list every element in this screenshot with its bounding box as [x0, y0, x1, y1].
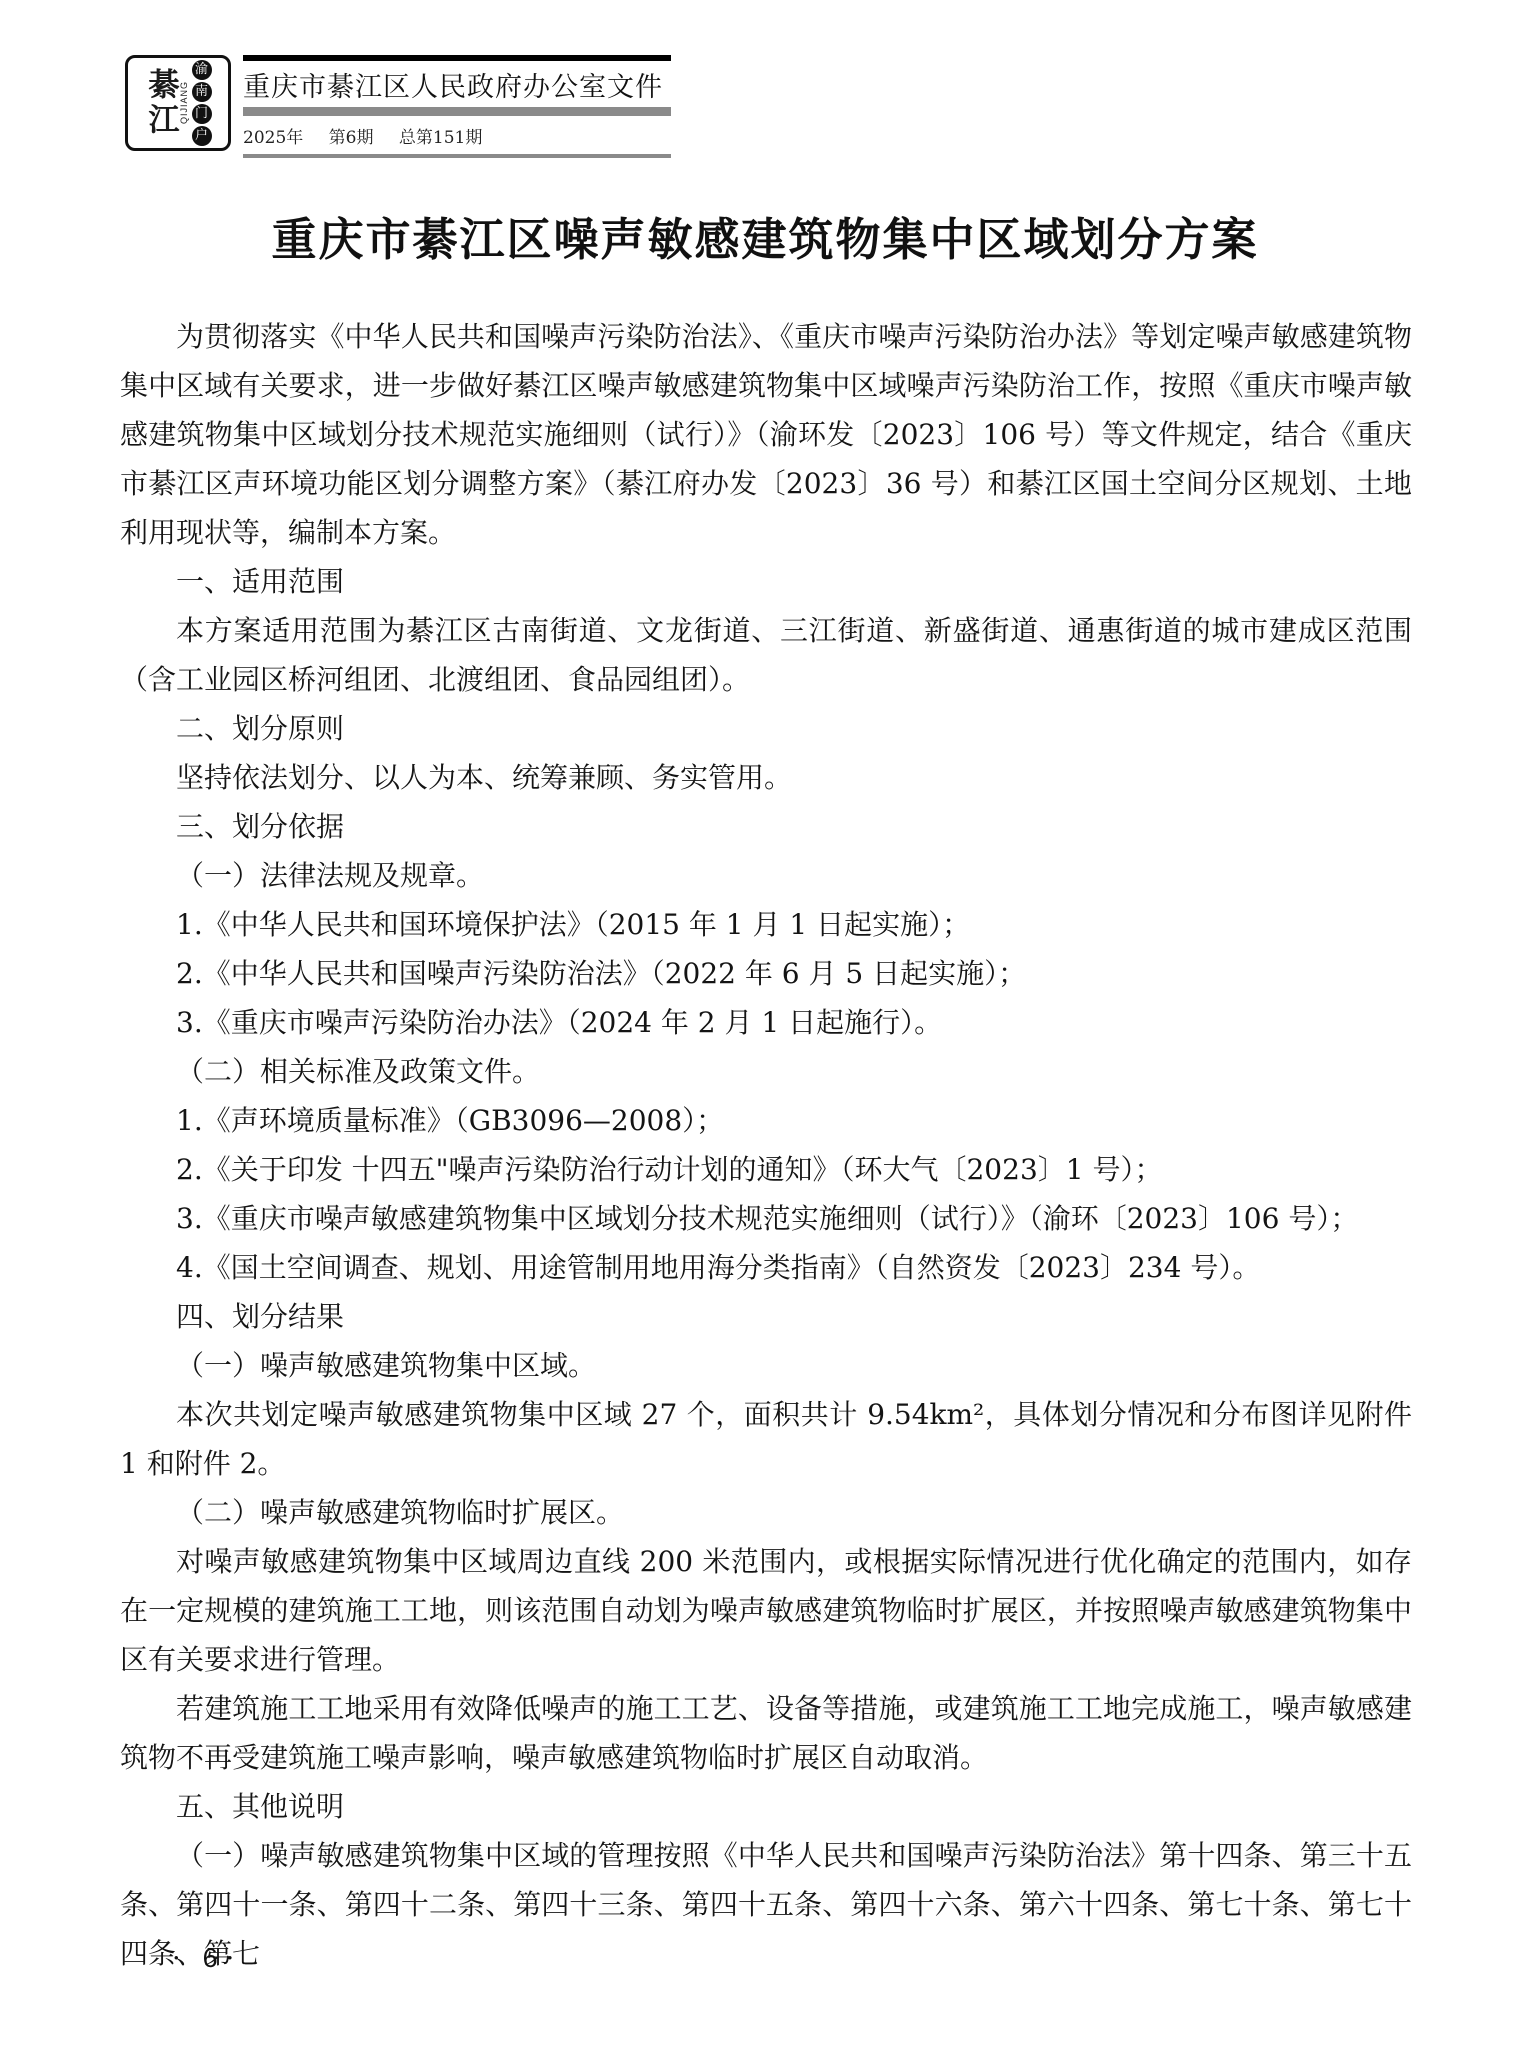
footer-right-dot: ·: [226, 1943, 235, 1974]
paragraph: 对噪声敏感建筑物集中区域周边直线 200 米范围内，或根据实际情况进行优化确定的…: [120, 1537, 1412, 1684]
paragraph: 1.《声环境质量标准》（GB3096—2008）；: [120, 1096, 1412, 1145]
paragraph: 1.《中华人民共和国环境保护法》（2015 年 1 月 1 日起实施）；: [120, 900, 1412, 949]
paragraph: 坚持依法划分、以人为本、统筹兼顾、务实管用。: [120, 753, 1412, 802]
paragraph: （一）噪声敏感建筑物集中区域。: [120, 1341, 1412, 1390]
qijiang-logo: 綦江 QIJIANG 渝南门户: [125, 55, 231, 151]
logo-seal-icon: 门: [192, 104, 212, 124]
paragraph: （二）相关标准及政策文件。: [120, 1047, 1412, 1096]
logo-seal-icon: 南: [192, 82, 212, 102]
paragraph: 为贯彻落实《中华人民共和国噪声污染防治法》、《重庆市噪声污染防治办法》等划定噪声…: [120, 312, 1412, 557]
paragraph: 4.《国土空间调查、规划、用途管制用地用海分类指南》（自然资发〔2023〕234…: [120, 1243, 1412, 1292]
masthead-bottom-rule: [243, 154, 671, 158]
paragraph: 3.《重庆市噪声敏感建筑物集中区域划分技术规范实施细则（试行）》（渝环〔2023…: [120, 1194, 1412, 1243]
masthead-middle-rule: [243, 107, 671, 116]
paragraph: 本方案适用范围为綦江区古南街道、文龙街道、三江街道、新盛街道、通惠街道的城市建成…: [120, 606, 1412, 704]
issue-total: 总第151期: [399, 128, 482, 148]
document-page: 綦江 QIJIANG 渝南门户 重庆市綦江区人民政府办公室文件 2025年 第6…: [0, 0, 1530, 2062]
masthead-title: 重庆市綦江区人民政府办公室文件: [243, 65, 671, 104]
masthead-top-rule: [243, 55, 671, 61]
paragraph: 若建筑施工工地采用有效降低噪声的施工工艺、设备等措施，或建筑施工工地完成施工，噪…: [120, 1684, 1412, 1782]
footer-left-dot: ·: [172, 1943, 181, 1974]
document-header: 綦江 QIJIANG 渝南门户 重庆市綦江区人民政府办公室文件 2025年 第6…: [125, 55, 671, 158]
page-footer: ·6·: [172, 1943, 234, 1974]
paragraph: （一）法律法规及规章。: [120, 851, 1412, 900]
issue-year: 2025年: [243, 128, 303, 148]
paragraph: 二、划分原则: [120, 704, 1412, 753]
paragraph: 一、适用范围: [120, 557, 1412, 606]
paragraph: （一）噪声敏感建筑物集中区域的管理按照《中华人民共和国噪声污染防治法》第十四条、…: [120, 1831, 1412, 1978]
paragraph: 五、其他说明: [120, 1782, 1412, 1831]
footer-page-number: 6: [203, 1943, 218, 1973]
logo-pinyin-text: QIJIANG: [179, 81, 189, 124]
paragraph: 2.《中华人民共和国噪声污染防治法》（2022 年 6 月 5 日起实施）；: [120, 949, 1412, 998]
issue-number: 第6期: [329, 128, 374, 148]
document-body: 为贯彻落实《中华人民共和国噪声污染防治法》、《重庆市噪声污染防治办法》等划定噪声…: [120, 312, 1412, 1978]
issue-info: 2025年 第6期 总第151期: [243, 123, 671, 148]
paragraph: 四、划分结果: [120, 1292, 1412, 1341]
masthead-block: 重庆市綦江区人民政府办公室文件 2025年 第6期 总第151期: [243, 55, 671, 158]
logo-seal-icon: 渝: [192, 60, 212, 80]
paragraph: 3.《重庆市噪声污染防治办法》（2024 年 2 月 1 日起施行）。: [120, 998, 1412, 1047]
page-title: 重庆市綦江区噪声敏感建筑物集中区域划分方案: [0, 203, 1530, 268]
logo-seal-icon: 户: [192, 126, 212, 146]
paragraph: 2.《关于印发 十四五"噪声污染防治行动计划的通知》（环大气〔2023〕1 号）…: [120, 1145, 1412, 1194]
paragraph: 三、划分依据: [120, 802, 1412, 851]
logo-seals: 渝南门户: [192, 60, 212, 146]
paragraph: （二）噪声敏感建筑物临时扩展区。: [120, 1488, 1412, 1537]
logo-name-text: 綦江: [145, 68, 176, 138]
paragraph: 本次共划定噪声敏感建筑物集中区域 27 个，面积共计 9.54km²，具体划分情…: [120, 1390, 1412, 1488]
